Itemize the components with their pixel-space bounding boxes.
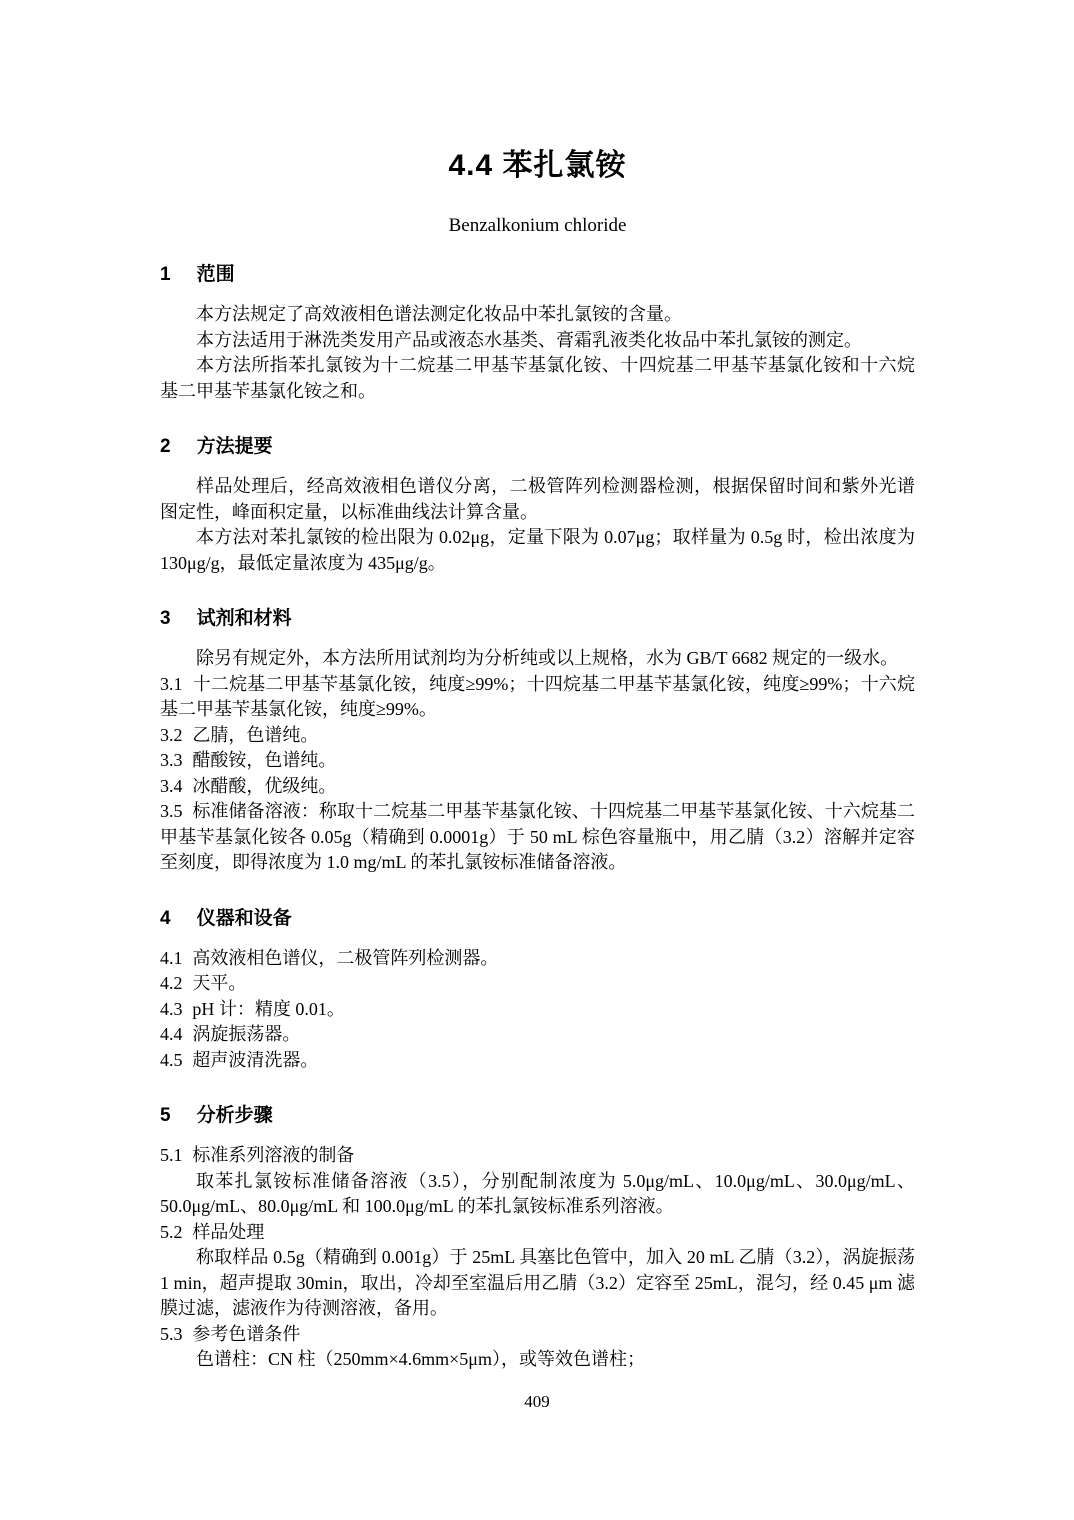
clause-3-3: 3.3醋酸铵，色谱纯。 (160, 748, 915, 774)
section-1-title: 范围 (197, 264, 235, 285)
paragraph: 样品处理后，经高效液相色谱仪分离，二极管阵列检测器检测，根据保留时间和紫外光谱图… (160, 474, 915, 525)
paragraph: 除另有规定外，本方法所用试剂均为分析纯或以上规格，水为 GB/T 6682 规定… (160, 646, 915, 672)
subsection-5-2-title: 样品处理 (192, 1222, 264, 1242)
clause-4-1: 4.1高效液相色谱仪，二极管阵列检测器。 (160, 946, 915, 972)
section-1-heading: 1范围 (160, 264, 915, 286)
section-3-body: 除另有规定外，本方法所用试剂均为分析纯或以上规格，水为 GB/T 6682 规定… (160, 646, 915, 876)
clause-3-4-text: 冰醋酸，优级纯。 (192, 776, 336, 796)
section-analysis-procedure: 5分析步骤 5.1标准系列溶液的制备 取苯扎氯铵标准储备溶液（3.5），分别配制… (160, 1105, 915, 1373)
section-1-body: 本方法规定了高效液相色谱法测定化妆品中苯扎氯铵的含量。 本方法适用于淋洗类发用产… (160, 302, 915, 404)
section-2-body: 样品处理后，经高效液相色谱仪分离，二极管阵列检测器检测，根据保留时间和紫外光谱图… (160, 474, 915, 576)
clause-4-3-number: 4.3 (160, 999, 183, 1019)
section-3-title: 试剂和材料 (197, 608, 292, 629)
clause-3-2-text: 乙腈，色谱纯。 (192, 725, 318, 745)
paragraph: 色谱柱：CN 柱（250mm×4.6mm×5μm），或等效色谱柱； (160, 1347, 915, 1373)
clause-4-3: 4.3pH 计：精度 0.01。 (160, 997, 915, 1023)
clause-4-4: 4.4涡旋振荡器。 (160, 1022, 915, 1048)
subsection-5-2-number: 5.2 (160, 1222, 183, 1242)
document-title: 4.4 苯扎氯铵 (160, 148, 915, 184)
section-reagents-materials: 3试剂和材料 除另有规定外，本方法所用试剂均为分析纯或以上规格，水为 GB/T … (160, 608, 915, 876)
paragraph: 本方法规定了高效液相色谱法测定化妆品中苯扎氯铵的含量。 (160, 302, 915, 328)
section-4-title: 仪器和设备 (197, 908, 292, 929)
section-4-number: 4 (160, 908, 171, 930)
paragraph: 称取样品 0.5g（精确到 0.001g）于 25mL 具塞比色管中，加入 20… (160, 1245, 915, 1322)
section-2-title: 方法提要 (197, 436, 273, 457)
clause-3-3-text: 醋酸铵，色谱纯。 (192, 750, 336, 770)
page-number: 409 (0, 1392, 1074, 1412)
section-instruments-equipment: 4仪器和设备 4.1高效液相色谱仪，二极管阵列检测器。 4.2天平。 4.3pH… (160, 908, 915, 1074)
section-5-title: 分析步骤 (197, 1105, 273, 1126)
clause-4-4-text: 涡旋振荡器。 (192, 1024, 300, 1044)
clause-4-5-text: 超声波清洗器。 (192, 1050, 318, 1070)
section-2-number: 2 (160, 436, 171, 458)
section-4-body: 4.1高效液相色谱仪，二极管阵列检测器。 4.2天平。 4.3pH 计：精度 0… (160, 946, 915, 1074)
clause-4-2: 4.2天平。 (160, 971, 915, 997)
clause-3-5-number: 3.5 (160, 801, 183, 821)
clause-4-1-text: 高效液相色谱仪，二极管阵列检测器。 (192, 948, 498, 968)
clause-4-5: 4.5超声波清洗器。 (160, 1048, 915, 1074)
clause-4-3-text: pH 计：精度 0.01。 (192, 999, 345, 1019)
document-page: 4.4 苯扎氯铵 Benzalkonium chloride 1范围 本方法规定… (0, 0, 1074, 1520)
clause-3-3-number: 3.3 (160, 750, 183, 770)
section-2-heading: 2方法提要 (160, 436, 915, 458)
clause-4-2-number: 4.2 (160, 973, 183, 993)
subsection-5-1-title: 标准系列溶液的制备 (192, 1145, 354, 1165)
section-5-heading: 5分析步骤 (160, 1105, 915, 1127)
clause-3-1-text: 十二烷基二甲基苄基氯化铵，纯度≥99%；十四烷基二甲基苄基氯化铵，纯度≥99%；… (160, 674, 915, 720)
clause-4-2-text: 天平。 (192, 973, 246, 993)
section-scope: 1范围 本方法规定了高效液相色谱法测定化妆品中苯扎氯铵的含量。 本方法适用于淋洗… (160, 264, 915, 404)
document-subtitle: Benzalkonium chloride (160, 214, 915, 238)
clause-3-1: 3.1十二烷基二甲基苄基氯化铵，纯度≥99%；十四烷基二甲基苄基氯化铵，纯度≥9… (160, 672, 915, 723)
paragraph: 本方法适用于淋洗类发用产品或液态水基类、膏霜乳液类化妆品中苯扎氯铵的测定。 (160, 328, 915, 354)
section-1-number: 1 (160, 264, 171, 286)
section-method-summary: 2方法提要 样品处理后，经高效液相色谱仪分离，二极管阵列检测器检测，根据保留时间… (160, 436, 915, 576)
section-4-heading: 4仪器和设备 (160, 908, 915, 930)
paragraph: 取苯扎氯铵标准储备溶液（3.5），分别配制浓度为 5.0μg/mL、10.0μg… (160, 1169, 915, 1220)
clause-3-5-text: 标准储备溶液：称取十二烷基二甲基苄基氯化铵、十四烷基二甲基苄基氯化铵、十六烷基二… (160, 801, 915, 872)
subsection-5-3-number: 5.3 (160, 1324, 183, 1344)
section-3-number: 3 (160, 608, 171, 630)
clause-4-5-number: 4.5 (160, 1050, 183, 1070)
clause-4-4-number: 4.4 (160, 1024, 183, 1044)
subsection-5-3-title: 参考色谱条件 (192, 1324, 300, 1344)
paragraph: 本方法所指苯扎氯铵为十二烷基二甲基苄基氯化铵、十四烷基二甲基苄基氯化铵和十六烷基… (160, 353, 915, 404)
subsection-5-3-heading: 5.3参考色谱条件 (160, 1322, 915, 1348)
section-5-number: 5 (160, 1105, 171, 1127)
section-5-body: 5.1标准系列溶液的制备 取苯扎氯铵标准储备溶液（3.5），分别配制浓度为 5.… (160, 1143, 915, 1373)
section-3-heading: 3试剂和材料 (160, 608, 915, 630)
paragraph: 本方法对苯扎氯铵的检出限为 0.02μg，定量下限为 0.07μg；取样量为 0… (160, 525, 915, 576)
clause-3-2: 3.2乙腈，色谱纯。 (160, 723, 915, 749)
clause-3-2-number: 3.2 (160, 725, 183, 745)
clause-4-1-number: 4.1 (160, 948, 183, 968)
subsection-5-2-heading: 5.2样品处理 (160, 1220, 915, 1246)
document-content: 4.4 苯扎氯铵 Benzalkonium chloride 1范围 本方法规定… (160, 148, 915, 1373)
subsection-5-1-heading: 5.1标准系列溶液的制备 (160, 1143, 915, 1169)
clause-3-4-number: 3.4 (160, 776, 183, 796)
clause-3-5: 3.5标准储备溶液：称取十二烷基二甲基苄基氯化铵、十四烷基二甲基苄基氯化铵、十六… (160, 799, 915, 876)
subsection-5-1-number: 5.1 (160, 1145, 183, 1165)
clause-3-4: 3.4冰醋酸，优级纯。 (160, 774, 915, 800)
clause-3-1-number: 3.1 (160, 674, 183, 694)
